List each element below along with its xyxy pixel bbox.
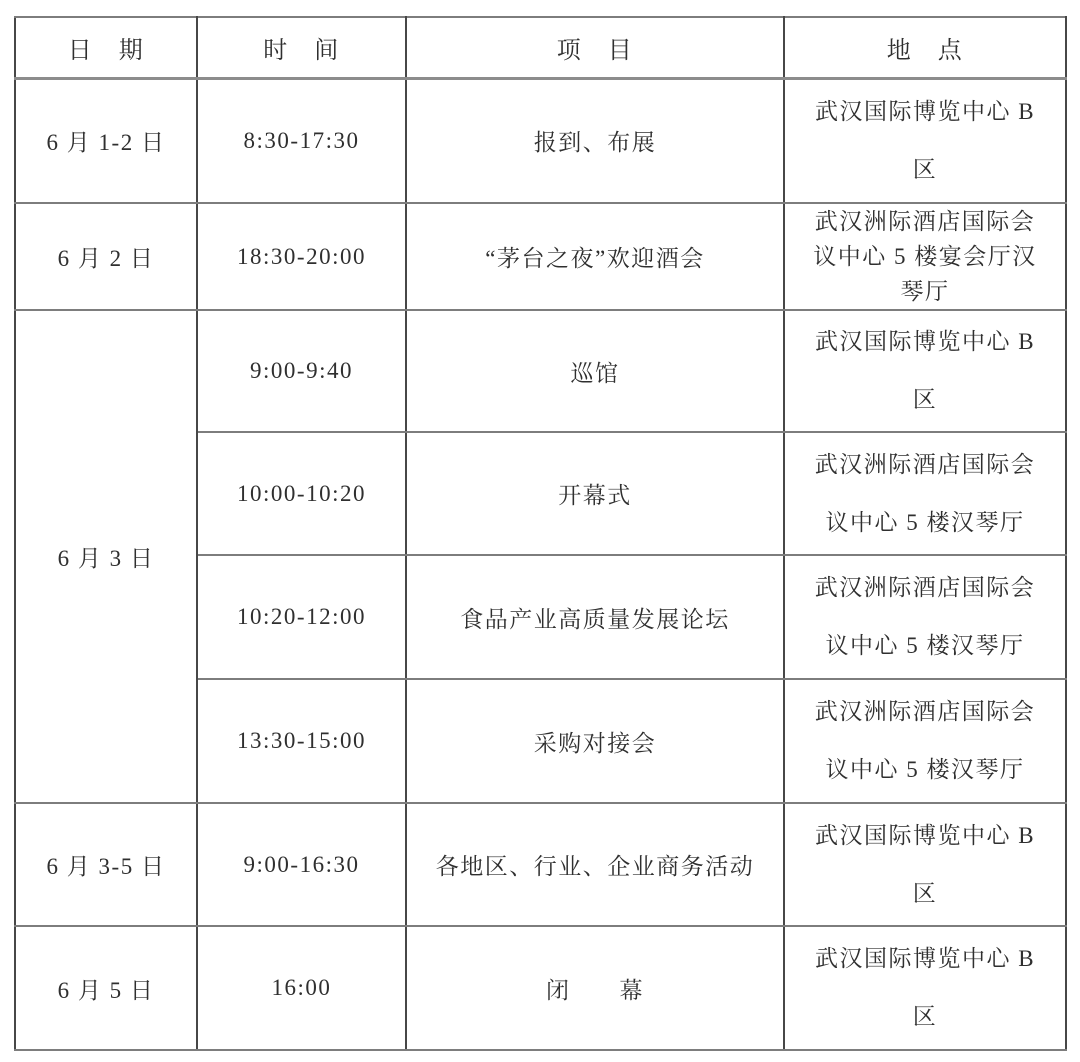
date-cell: 6 月 5 日 [15,926,197,1050]
date-cell: 6 月 3-5 日 [15,803,197,926]
item-cell: 各地区、行业、企业商务活动 [406,803,784,926]
item-cell: “茅台之夜”欢迎酒会 [406,203,784,310]
page: 日 期 时 间 项 目 地 点 6 月 1-2 日8:30-17:30报到、布展… [0,0,1080,1062]
date-cell: 6 月 1-2 日 [15,78,197,203]
table-header: 日 期 时 间 项 目 地 点 [15,17,1066,78]
time-cell: 16:00 [197,926,406,1050]
table-row: 6 月 3 日9:00-9:40巡馆武汉国际博览中心 B 区 [15,310,1066,432]
time-cell: 9:00-16:30 [197,803,406,926]
table-row: 6 月 2 日18:30-20:00“茅台之夜”欢迎酒会武汉洲际酒店国际会 议中… [15,203,1066,310]
item-cell: 报到、布展 [406,78,784,203]
time-cell: 10:20-12:00 [197,555,406,679]
header-row: 日 期 时 间 项 目 地 点 [15,17,1066,78]
table-body: 6 月 1-2 日8:30-17:30报到、布展武汉国际博览中心 B 区6 月 … [15,78,1066,1050]
header-time: 时 间 [197,17,406,78]
time-cell: 10:00-10:20 [197,432,406,555]
item-cell: 巡馆 [406,310,784,432]
location-cell: 武汉国际博览中心 B 区 [784,926,1066,1050]
location-cell: 武汉洲际酒店国际会 议中心 5 楼汉琴厅 [784,555,1066,679]
location-cell: 武汉洲际酒店国际会 议中心 5 楼汉琴厅 [784,432,1066,555]
item-cell: 开幕式 [406,432,784,555]
item-cell: 食品产业高质量发展论坛 [406,555,784,679]
table-row: 6 月 1-2 日8:30-17:30报到、布展武汉国际博览中心 B 区 [15,78,1066,203]
time-cell: 9:00-9:40 [197,310,406,432]
header-item: 项 目 [406,17,784,78]
location-cell: 武汉国际博览中心 B 区 [784,803,1066,926]
time-cell: 18:30-20:00 [197,203,406,310]
event-schedule-table: 日 期 时 间 项 目 地 点 6 月 1-2 日8:30-17:30报到、布展… [14,16,1067,1051]
time-cell: 8:30-17:30 [197,78,406,203]
table-row: 6 月 3-5 日9:00-16:30各地区、行业、企业商务活动武汉国际博览中心… [15,803,1066,926]
location-cell: 武汉洲际酒店国际会 议中心 5 楼宴会厅汉 琴厅 [784,203,1066,310]
date-cell: 6 月 3 日 [15,310,197,803]
location-cell: 武汉洲际酒店国际会 议中心 5 楼汉琴厅 [784,679,1066,803]
location-cell: 武汉国际博览中心 B 区 [784,78,1066,203]
date-cell: 6 月 2 日 [15,203,197,310]
time-cell: 13:30-15:00 [197,679,406,803]
item-cell: 采购对接会 [406,679,784,803]
location-cell: 武汉国际博览中心 B 区 [784,310,1066,432]
header-date: 日 期 [15,17,197,78]
header-location: 地 点 [784,17,1066,78]
table-row: 6 月 5 日16:00闭 幕武汉国际博览中心 B 区 [15,926,1066,1050]
item-cell: 闭 幕 [406,926,784,1050]
